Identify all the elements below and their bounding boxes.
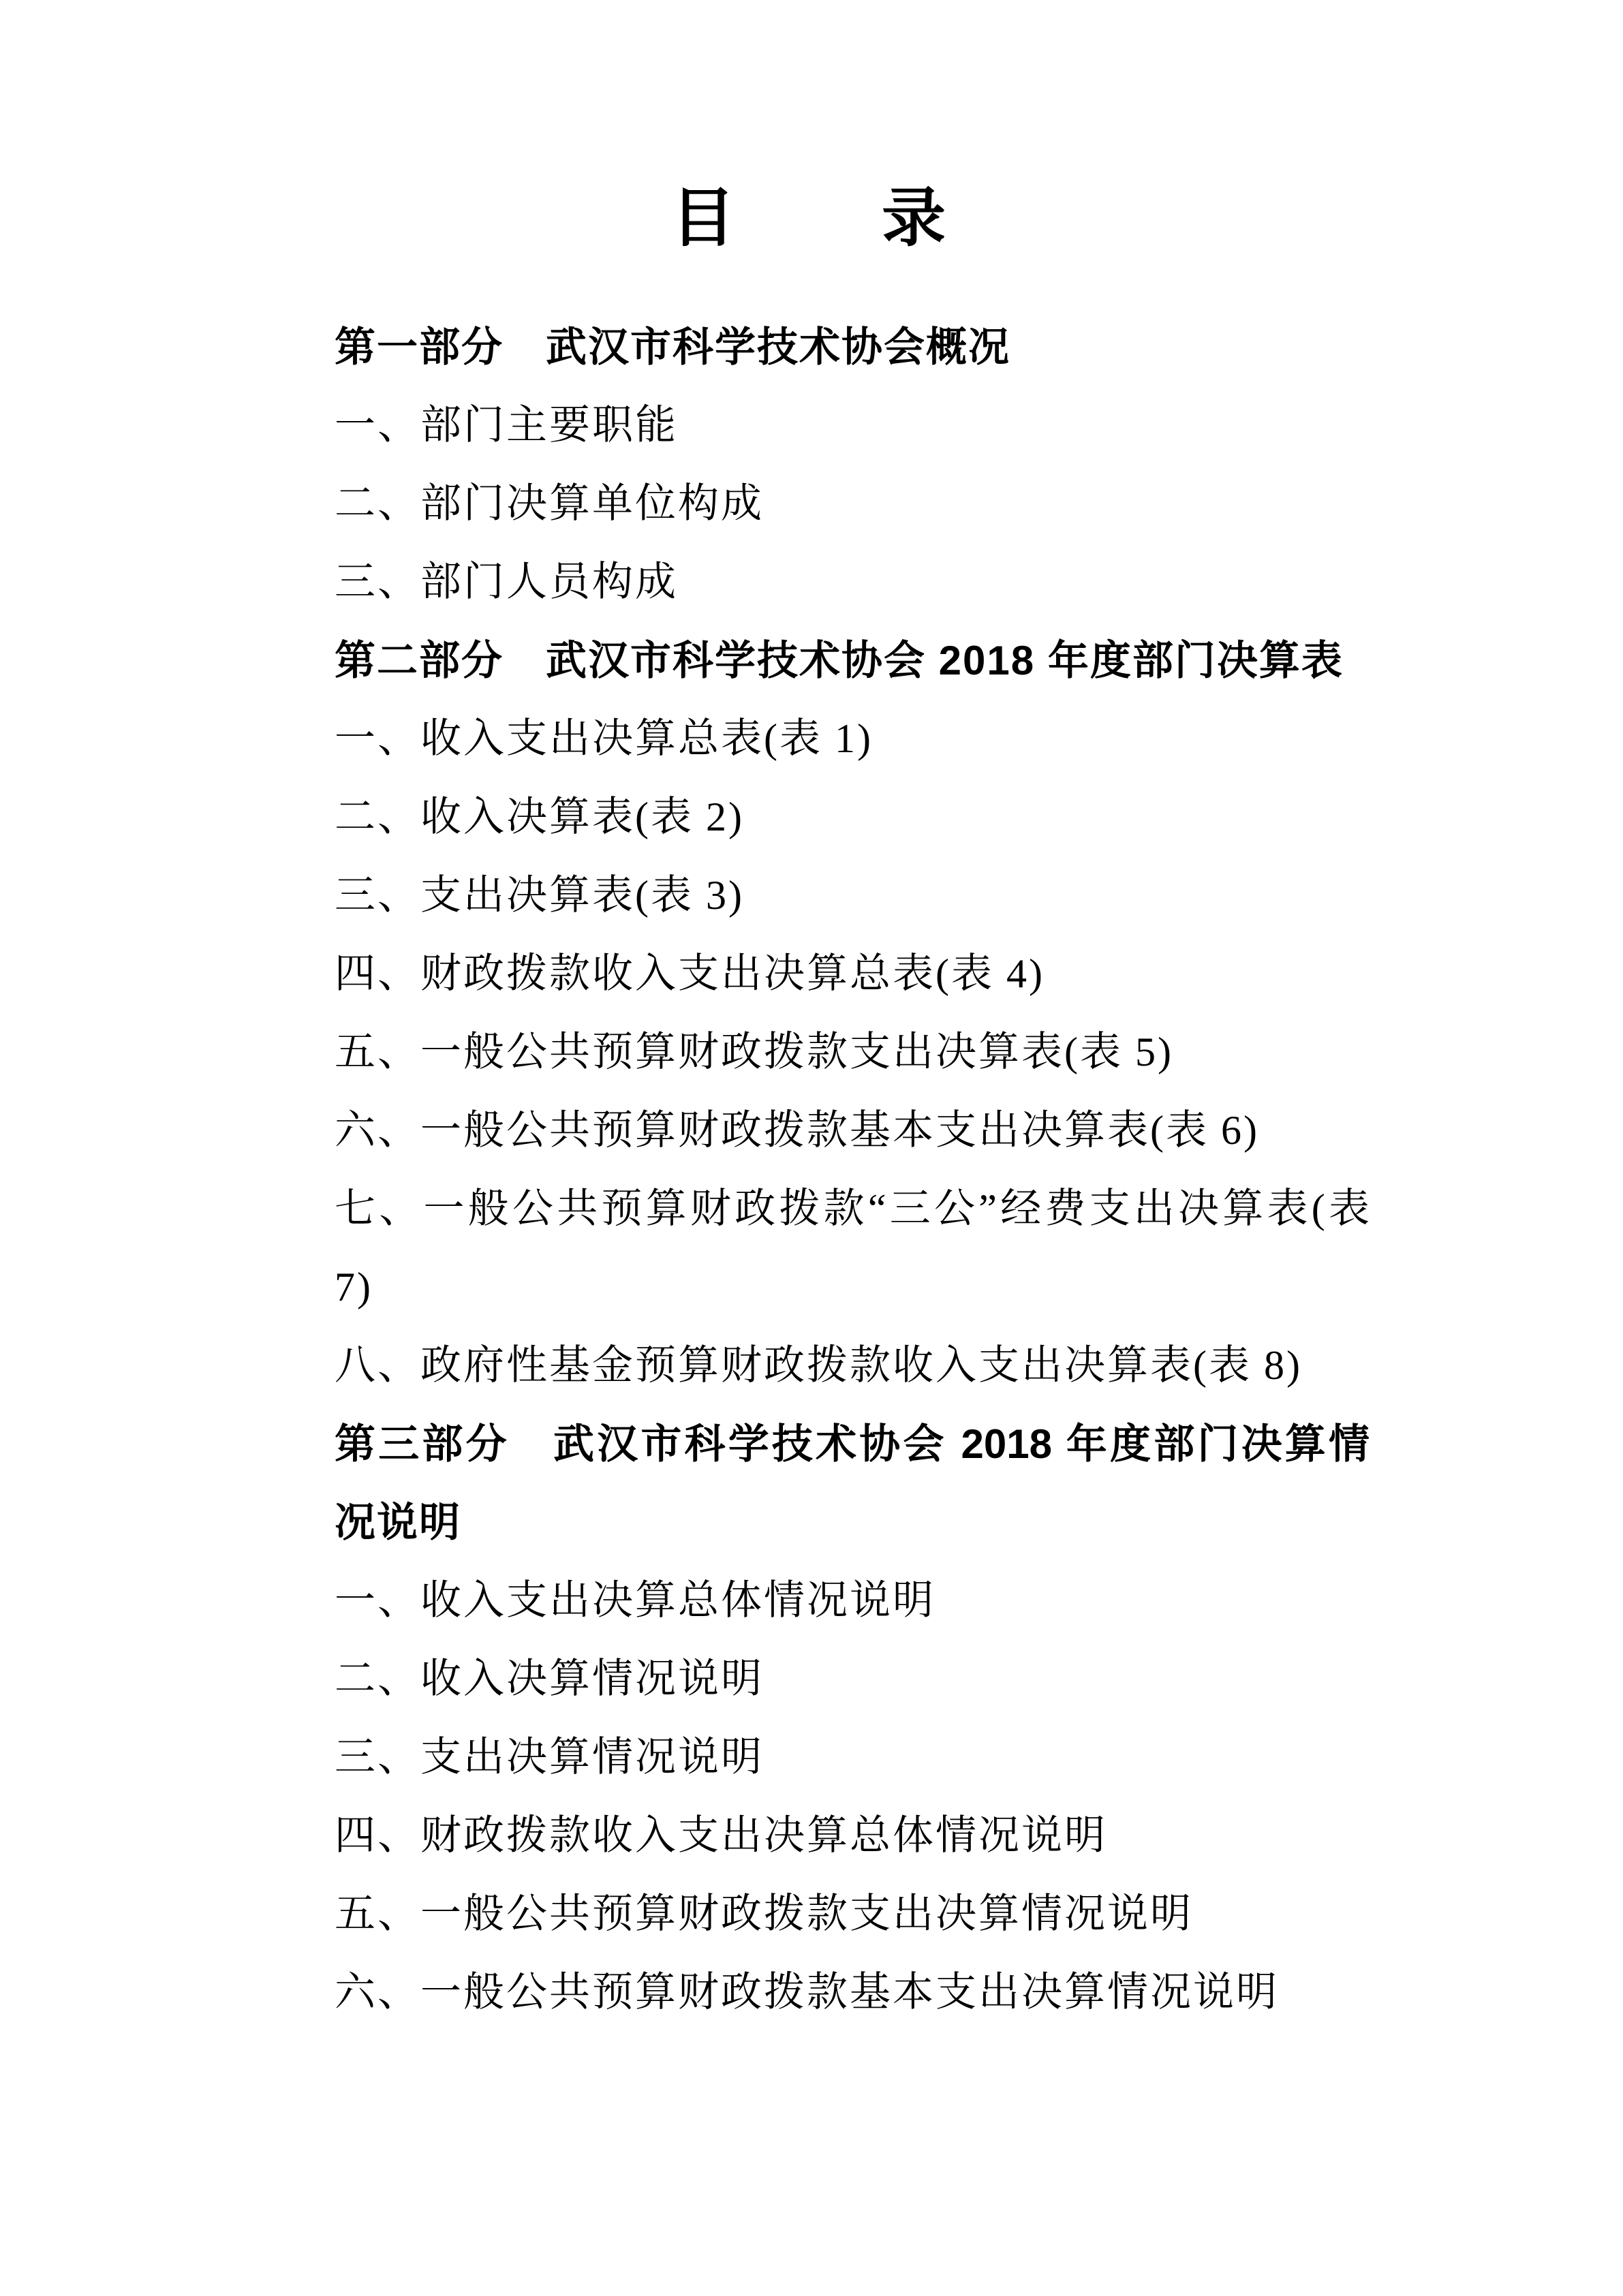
toc-item: 三、部门人员构成 bbox=[253, 543, 1370, 621]
toc-item: 三、支出决算表(表 3) bbox=[253, 856, 1370, 935]
toc-part3-heading-continuation-line: 况说明 bbox=[253, 1483, 1370, 1562]
toc-item: 三、支出决算情况说明 bbox=[253, 1718, 1370, 1797]
toc-part3-heading-first-line: 第三部分 武汉市科学技术协会 2018 年度部门决算情 bbox=[253, 1405, 1370, 1483]
toc-item: 二、收入决算表(表 2) bbox=[253, 778, 1370, 856]
toc-item: 五、一般公共预算财政拨款支出决算表(表 5) bbox=[253, 1013, 1370, 1091]
toc-item: 一、收入支出决算总体情况说明 bbox=[253, 1562, 1370, 1640]
table-of-contents: 第一部分 武汉市科学技术协会概况 一、部门主要职能 二、部门决算单位构成 三、部… bbox=[253, 308, 1370, 2032]
toc-item: 八、政府性基金预算财政拨款收入支出决算表(表 8) bbox=[253, 1327, 1370, 1405]
page-title: 目 录 bbox=[0, 0, 1623, 273]
toc-item: 一、部门主要职能 bbox=[253, 386, 1370, 465]
toc-item: 六、一般公共预算财政拨款基本支出决算情况说明 bbox=[253, 1953, 1370, 2032]
toc-item-wrapped-first-line: 七、一般公共预算财政拨款“三公”经费支出决算表(表 bbox=[253, 1170, 1370, 1248]
toc-item: 四、财政拨款收入支出决算总表(表 4) bbox=[253, 935, 1370, 1013]
toc-part1-heading: 第一部分 武汉市科学技术协会概况 bbox=[253, 308, 1370, 386]
toc-item: 一、收入支出决算总表(表 1) bbox=[253, 700, 1370, 778]
toc-item: 五、一般公共预算财政拨款支出决算情况说明 bbox=[253, 1875, 1370, 1953]
toc-item: 四、财政拨款收入支出决算总体情况说明 bbox=[253, 1797, 1370, 1875]
toc-part2-heading: 第二部分 武汉市科学技术协会 2018 年度部门决算表 bbox=[253, 621, 1370, 700]
toc-item: 二、部门决算单位构成 bbox=[253, 465, 1370, 543]
toc-item-continuation-line: 7) bbox=[253, 1248, 1370, 1327]
toc-item: 二、收入决算情况说明 bbox=[253, 1640, 1370, 1718]
document-page: 目 录 第一部分 武汉市科学技术协会概况 一、部门主要职能 二、部门决算单位构成… bbox=[0, 0, 1623, 2296]
toc-item: 六、一般公共预算财政拨款基本支出决算表(表 6) bbox=[253, 1091, 1370, 1170]
